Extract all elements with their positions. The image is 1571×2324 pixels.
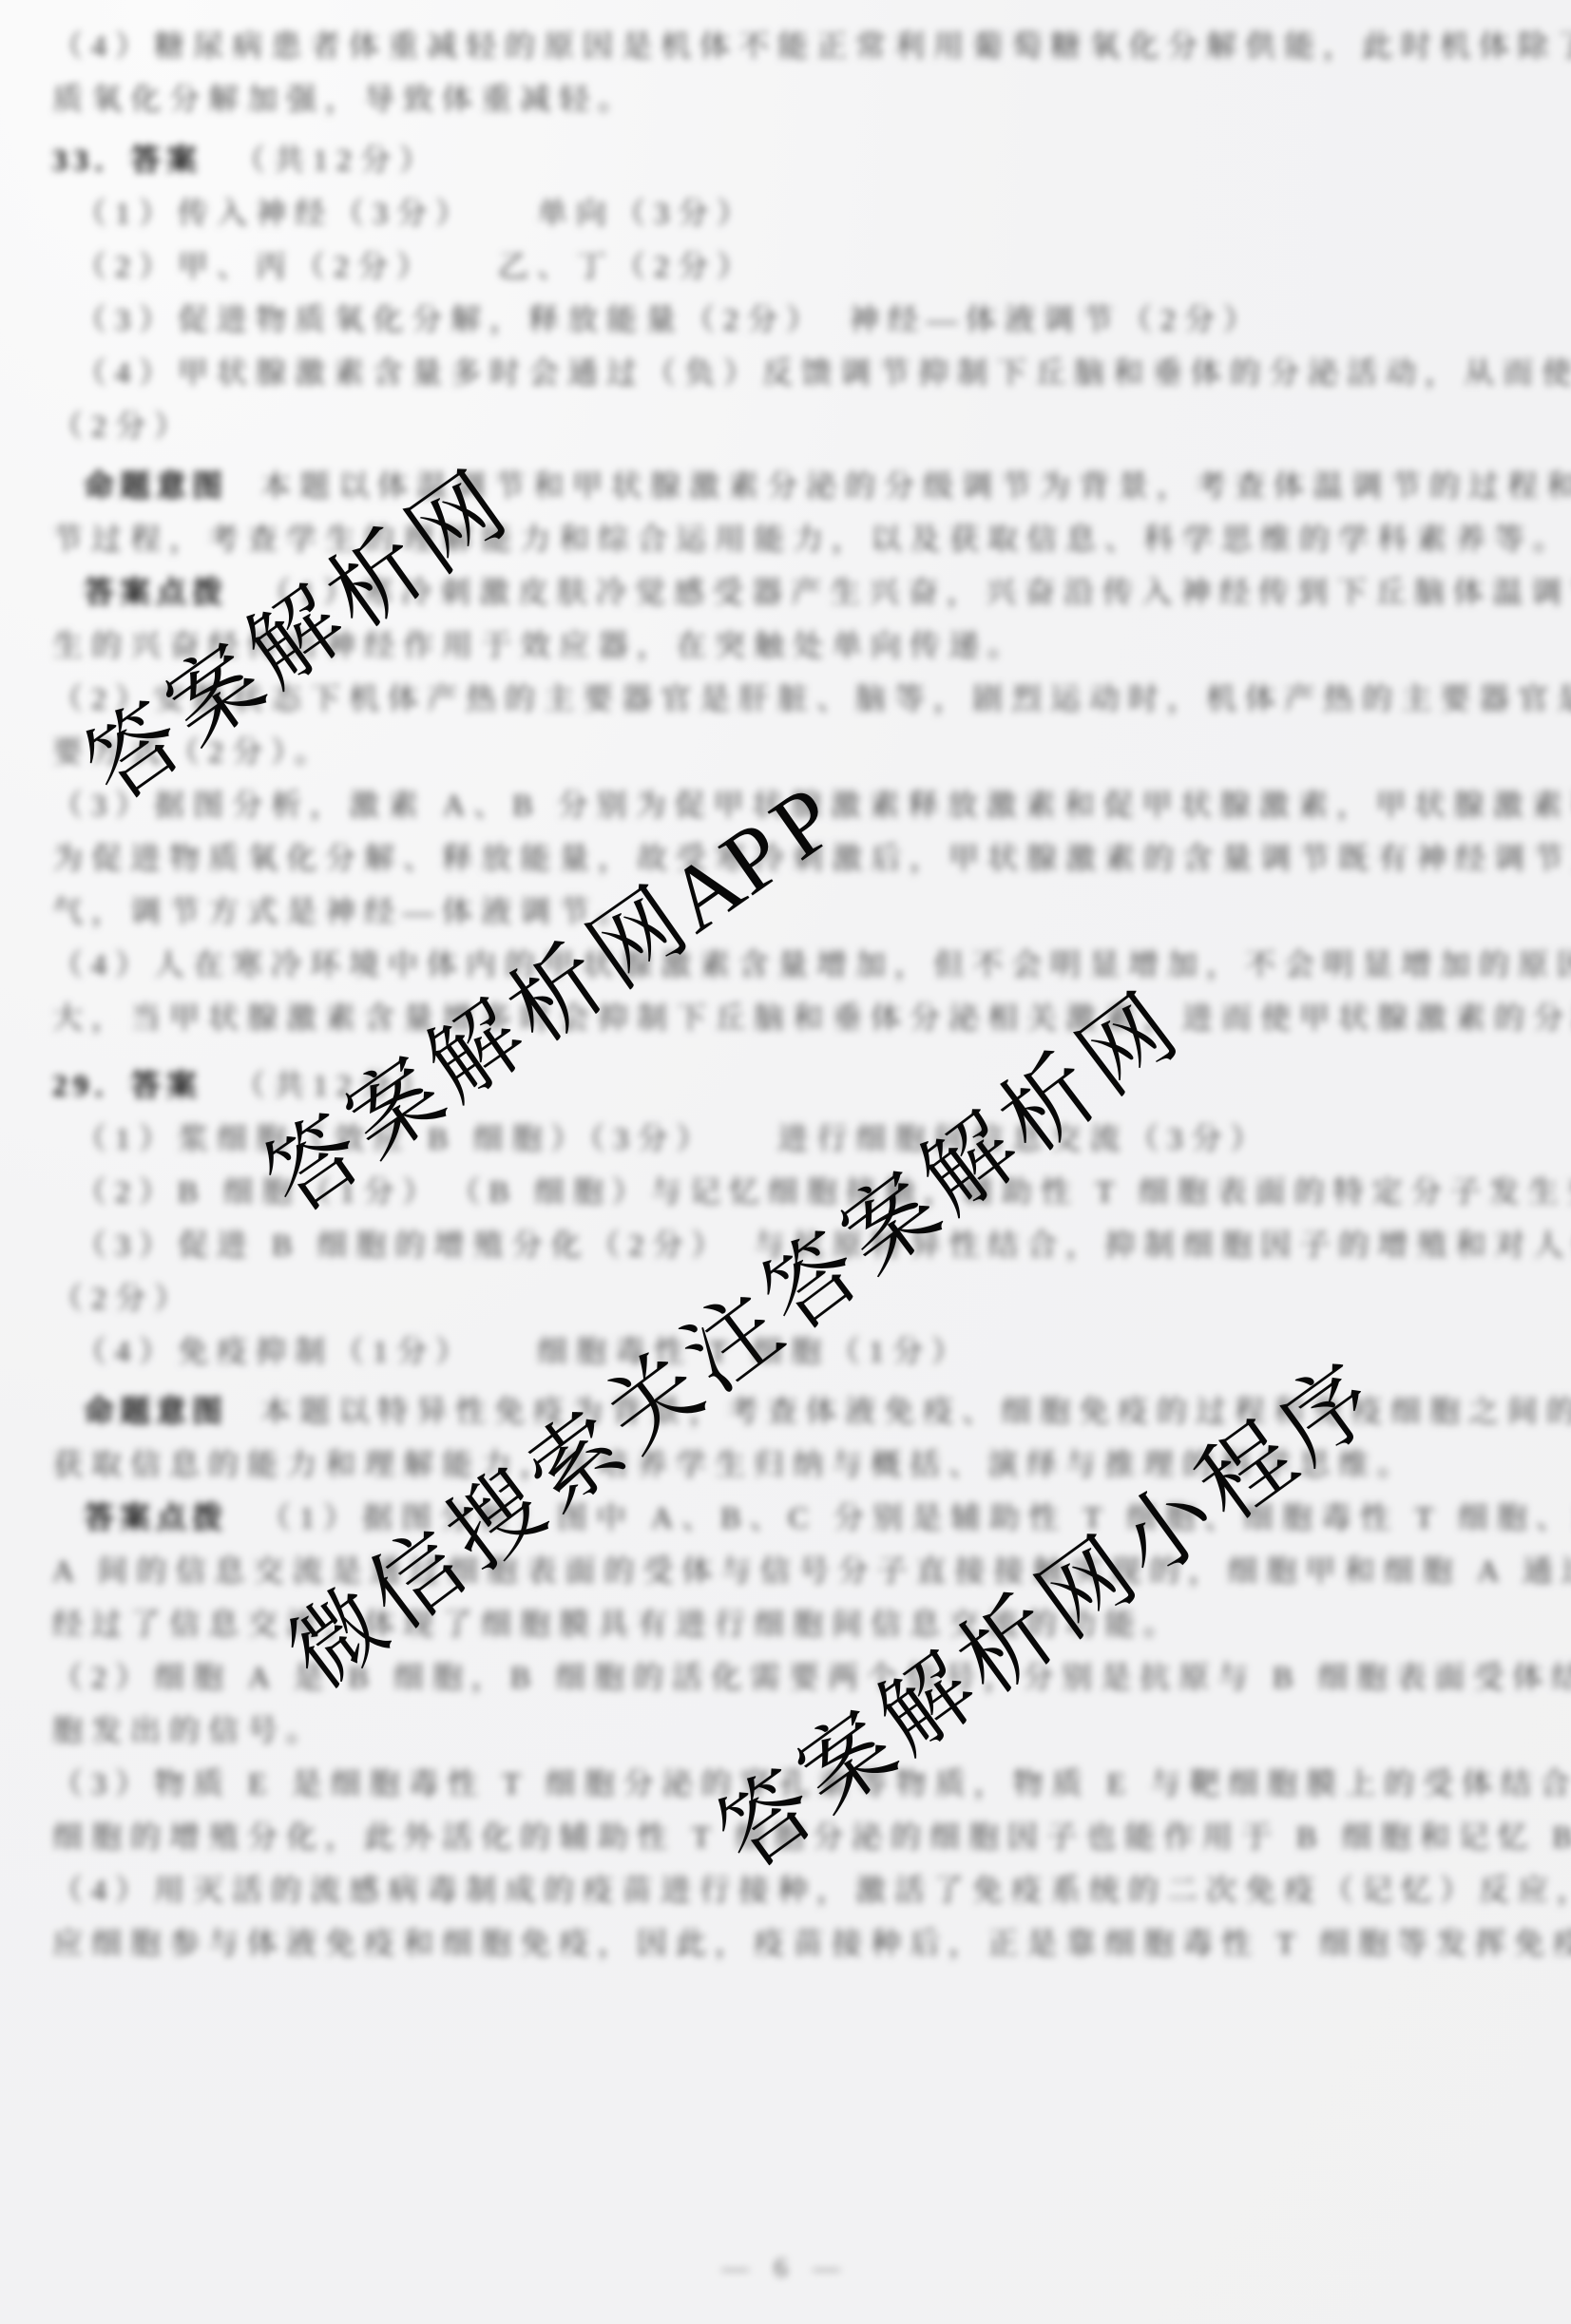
- line-text: （2）B 细胞（1分） （B 细胞）与记忆细胞接触，辅助性 T 细胞表面的特定分…: [76, 1174, 1571, 1209]
- line-text: 本题以体温调节和甲状腺激素分泌的分级调节为背景，考查体温调节的过程和甲状腺激素分…: [260, 468, 1571, 503]
- text-line: （2分）: [52, 409, 193, 443]
- paragraph-line: 29．答案（共12分）: [52, 1068, 438, 1102]
- bold-label: 答案点拨: [84, 1500, 228, 1534]
- line-text: （4）用灭活的流感病毒制成的疫苗进行接种，激活了免疫系统的二次免疫（记忆）反应，…: [52, 1873, 1571, 1907]
- line-text: 胞发出的信号。: [52, 1713, 325, 1747]
- line-text: （4）人在寒冷环境中体内的甲状腺激素含量增加，但不会明显增加，不会明显增加的原因…: [52, 947, 1571, 981]
- text-line: 要方式（2分）。: [52, 734, 334, 769]
- line-text: （共12分）: [235, 143, 438, 177]
- text-line: （2）细胞 A 是 B 细胞，B 细胞的活化需要两个信号，分别是抗原与 B 细胞…: [52, 1660, 1571, 1694]
- line-text: （1）传入神经（3分） 单向（3分）: [76, 196, 756, 230]
- line-text: （3）促进 B 细胞的增殖分化（2分） 与抗原特异性结合，抑制细胞因子的增殖和对…: [76, 1228, 1571, 1262]
- line-text: （4）糖尿病患者体重减轻的原因是机体不能正常利用葡萄糖氧化分解供能，此时机体除了…: [52, 29, 1571, 63]
- line-text: A 间的信息交流是通过细胞表面的受体与信号分子直接接触实现的，细胞甲和细胞 A …: [52, 1553, 1571, 1588]
- page-number: — 6 —: [0, 2254, 1571, 2284]
- line-text: （1）据图分析：图中 A、B、C 分别是辅助性 T 细胞、细胞毒性 T 细胞、B…: [260, 1500, 1571, 1534]
- bold-label: 命题意图: [84, 468, 228, 503]
- line-text: （2分）: [52, 409, 193, 443]
- line-text: 细胞的增殖分化，此外活化的辅助性 T 细胞分泌的细胞因子也能作用于 B 细胞和记…: [52, 1819, 1571, 1854]
- text-line: 生的兴奋经传出神经作用于效应器，在突触处单向传递。: [52, 628, 1026, 662]
- text-line: （3）促进物质氧化分解，释放能量（2分） 神经—体液调节（2分）: [76, 302, 1262, 336]
- line-text: （3）据图分析，激素 A、B 分别为促甲状腺激素释放激素和促甲状腺激素，甲状腺激…: [52, 788, 1571, 822]
- text-line: （2分）: [52, 1281, 193, 1315]
- bold-label: 29．答案: [52, 1068, 202, 1102]
- text-line: 细胞的增殖分化，此外活化的辅助性 T 细胞分泌的细胞因子也能作用于 B 细胞和记…: [52, 1819, 1571, 1854]
- bold-label: 答案点拨: [84, 575, 228, 609]
- text-line: （1）传入神经（3分） 单向（3分）: [76, 196, 756, 230]
- document-page: — 6 — （4）糖尿病患者体重减轻的原因是机体不能正常利用葡萄糖氧化分解供能，…: [0, 0, 1571, 2324]
- text-line: （4）糖尿病患者体重减轻的原因是机体不能正常利用葡萄糖氧化分解供能，此时机体除了…: [52, 29, 1571, 63]
- paragraph-line: 命题意图本题以体温调节和甲状腺激素分泌的分级调节为背景，考查体温调节的过程和甲状…: [84, 468, 1571, 503]
- line-text: （3）促进物质氧化分解，释放能量（2分） 神经—体液调节（2分）: [76, 302, 1262, 336]
- text-line: （2）B 细胞（1分） （B 细胞）与记忆细胞接触，辅助性 T 细胞表面的特定分…: [76, 1174, 1571, 1209]
- line-text: 应细胞参与体液免疫和细胞免疫，因此，疫苗接种后，正是靠细胞毒性 T 细胞等发挥免…: [52, 1926, 1571, 1960]
- line-text: 获取信息的能力和理解能力，并培养学生归纳与概括、演绎与推理的科学思维。: [52, 1447, 1416, 1481]
- line-text: （3）物质 E 是细胞毒性 T 细胞分泌的穿孔素等物质，物质 E 与靶细胞膜上的…: [52, 1766, 1571, 1800]
- text-line: 质氧化分解加强，导致体重减轻。: [52, 82, 637, 116]
- line-text: 大，当甲状腺激素含量增多时会抑制下丘脑和垂体分泌相关激素，进而使甲状腺激素的分泌…: [52, 1000, 1571, 1035]
- text-line: （3）物质 E 是细胞毒性 T 细胞分泌的穿孔素等物质，物质 E 与靶细胞膜上的…: [52, 1766, 1571, 1800]
- line-text: 质氧化分解加强，导致体重减轻。: [52, 82, 637, 116]
- text-line: 经过了信息交流，体现了细胞膜具有进行细胞间信息交流的功能。: [52, 1607, 1182, 1641]
- line-text: （2）安静状态下机体产热的主要器官是肝脏、脑等，剧烈运动时，机体产热的主要器官是…: [52, 681, 1571, 715]
- line-text: （2）甲、丙（2分） 乙、丁（2分）: [76, 249, 756, 283]
- paragraph-line: 答案点拨（1）据图分析：图中 A、B、C 分别是辅助性 T 细胞、细胞毒性 T …: [84, 1500, 1571, 1534]
- text-line: 大，当甲状腺激素含量增多时会抑制下丘脑和垂体分泌相关激素，进而使甲状腺激素的分泌…: [52, 1000, 1571, 1035]
- text-line: （3）据图分析，激素 A、B 分别为促甲状腺激素释放激素和促甲状腺激素，甲状腺激…: [52, 788, 1571, 822]
- text-line: 胞发出的信号。: [52, 1713, 325, 1747]
- text-line: （2）甲、丙（2分） 乙、丁（2分）: [76, 249, 756, 283]
- line-text: 经过了信息交流，体现了细胞膜具有进行细胞间信息交流的功能。: [52, 1607, 1182, 1641]
- text-line: （4）免疫抑制（1分） 细胞毒性 T 细胞（1分）: [76, 1334, 970, 1368]
- line-text: 要方式（2分）。: [52, 734, 334, 769]
- paragraph-line: 命题意图本题以特异性免疫为背景，考查体液免疫、细胞免疫的过程和免疫细胞之间的关系…: [84, 1394, 1571, 1428]
- text-line: （3）促进 B 细胞的增殖分化（2分） 与抗原特异性结合，抑制细胞因子的增殖和对…: [76, 1228, 1571, 1262]
- text-line: 节过程，考查学生的理解能力和综合运用能力，以及获取信息、科学思维的学科素养等。: [52, 522, 1571, 556]
- line-text: （共12分）: [235, 1068, 438, 1102]
- text-line: A 间的信息交流是通过细胞表面的受体与信号分子直接接触实现的，细胞甲和细胞 A …: [52, 1553, 1571, 1588]
- text-line: （2）安静状态下机体产热的主要器官是肝脏、脑等，剧烈运动时，机体产热的主要器官是…: [52, 681, 1571, 715]
- line-text: 为促进物质氧化分解、释放能量，故受寒冷刺激后，甲状腺激素的含量调节既有神经调节又…: [52, 841, 1571, 875]
- line-text: 节过程，考查学生的理解能力和综合运用能力，以及获取信息、科学思维的学科素养等。: [52, 522, 1571, 556]
- paragraph-line: 33．答案（共12分）: [52, 143, 438, 177]
- text-line: 获取信息的能力和理解能力，并培养学生归纳与概括、演绎与推理的科学思维。: [52, 1447, 1416, 1481]
- bold-label: 33．答案: [52, 143, 202, 177]
- paragraph-line: 答案点拨（1）寒冷刺激皮肤冷觉感受器产生兴奋，兴奋沿传入神经传到下丘脑体温调节中…: [84, 575, 1571, 609]
- line-text: （4）甲状腺激素含量多时会通过（负）反馈调节抑制下丘脑和垂体的分泌活动，从而使甲…: [76, 355, 1571, 390]
- line-text: 生的兴奋经传出神经作用于效应器，在突触处单向传递。: [52, 628, 1026, 662]
- line-text: （2）细胞 A 是 B 细胞，B 细胞的活化需要两个信号，分别是抗原与 B 细胞…: [52, 1660, 1571, 1694]
- text-line: 为促进物质氧化分解、释放能量，故受寒冷刺激后，甲状腺激素的含量调节既有神经调节又…: [52, 841, 1571, 875]
- line-text: （1）寒冷刺激皮肤冷觉感受器产生兴奋，兴奋沿传入神经传到下丘脑体温调节中枢，经过…: [260, 575, 1571, 609]
- text-line: 应细胞参与体液免疫和细胞免疫，因此，疫苗接种后，正是靠细胞毒性 T 细胞等发挥免…: [52, 1926, 1571, 1960]
- text-line: 气，调节方式是神经—体液调节。: [52, 894, 637, 928]
- bold-label: 命题意图: [84, 1394, 228, 1428]
- scanned-text-layer: — 6 — （4）糖尿病患者体重减轻的原因是机体不能正常利用葡萄糖氧化分解供能，…: [0, 0, 1571, 2324]
- text-line: （4）甲状腺激素含量多时会通过（负）反馈调节抑制下丘脑和垂体的分泌活动，从而使甲…: [76, 355, 1571, 390]
- text-line: （4）人在寒冷环境中体内的甲状腺激素含量增加，但不会明显增加，不会明显增加的原因…: [52, 947, 1571, 981]
- line-text: （4）免疫抑制（1分） 细胞毒性 T 细胞（1分）: [76, 1334, 970, 1368]
- line-text: 本题以特异性免疫为背景，考查体液免疫、细胞免疫的过程和免疫细胞之间的关系，考查学…: [260, 1394, 1571, 1428]
- line-text: （2分）: [52, 1281, 193, 1315]
- text-line: （4）用灭活的流感病毒制成的疫苗进行接种，激活了免疫系统的二次免疫（记忆）反应，…: [52, 1873, 1571, 1907]
- line-text: （1）浆细胞（效应 B 细胞）（3分） 进行细胞间信息交流（3分）: [76, 1121, 1269, 1155]
- line-text: 气，调节方式是神经—体液调节。: [52, 894, 637, 928]
- text-line: （1）浆细胞（效应 B 细胞）（3分） 进行细胞间信息交流（3分）: [76, 1121, 1269, 1155]
